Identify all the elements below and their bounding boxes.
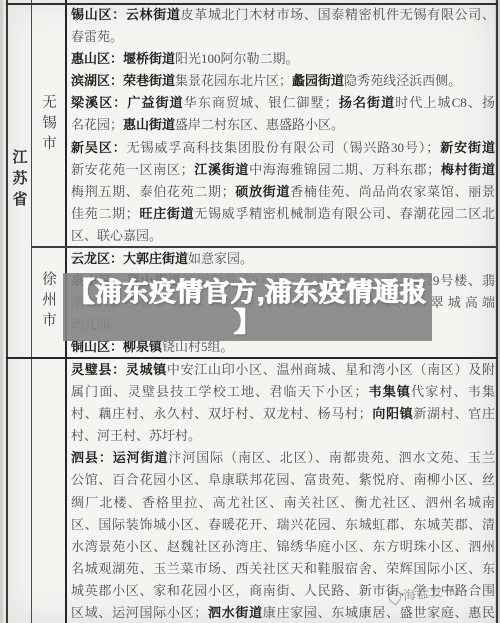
text-line: 区、国际装饰城小区、春暖花开、瑞兴花园、东城虹郡、东城芙郡、清 [71,514,495,536]
caption-overlay-band: 【浦东疫情官方,浦东疫情通报 】 [63,273,432,341]
table-border-right [496,0,498,623]
province-label: 江苏省 [9,149,30,212]
content-section-wuxi: 锡山区：云林街道皮革城北门木材市场、国泰精密机件无锡有限公司、春雷苑。惠山区：堰… [71,4,495,247]
text-line: 新安花苑一区南区；江溪街道中海海雅锦园二期、万科东郡；梅村街道 [71,159,495,181]
text-line: 佳苑二期；旺庄街道无锡威孚精密机械制造有限公司、春潮花园二区北 [71,203,495,225]
caption-overlay-line2: 】 [234,307,261,337]
text-line: 惠山区：堰桥街道阳光100阿尔勒二期。 [71,48,495,70]
text-line: 泗县：运河街道汴河国际（南区、北区）、南都贵苑、泗水文苑、玉兰 [71,447,495,469]
text-line: 锡山区：云林街道皮革城北门木材市场、国泰精密机件无锡有限公司、 [71,4,495,26]
text-line: 水湾景苑小区、赵魏社区孙湾庄、锦绣华庭小区、东方明珠小区、泗州 [71,536,495,558]
text-line: 灵璧县：灵城镇中安江山印小区、温州商城、星和湾小区（南区）及附 [71,359,495,381]
text-line: 公馆、百合花园小区、阜康联邦花园、富贵苑、紫悦府、南柳小区、丝 [71,469,495,491]
text-line: 名花园；惠山街道盛岸二村东区、惠盛路小区。 [71,114,495,136]
text-line: 滨湖区：荣巷街道集景花园东北片区；蠡园街道隐秀苑线泾浜西侧。 [71,70,495,92]
text-line: 云龙区：大郭庄街道如意家园。 [71,248,495,270]
watermark-logo-icon [386,587,404,605]
text-line: 属门面、灵璧县技工学校工地、君临天下小区；韦集镇代家村、韦集 [71,381,495,403]
text-line: 村、藕庄村、永久村、双圩村、双龙村、杨马村；向阳镇新湖村、官庄 [71,403,495,425]
text-line: 村、河王村、苏圩村。 [71,425,495,447]
text-line: 区、联心嘉园。 [71,225,495,247]
city-label-wuxi: 无锡市 [38,94,59,156]
province-cell: 江苏省 [7,3,31,357]
text-line: 绸厂北楼、香格里拉、高尤社区、南关社区、衡尤社区、泗州名城南 [71,492,495,514]
caption-overlay-line1: 【浦东疫情官方,浦东疫情通报 [68,277,427,307]
city-cell-xuzhou: 徐州市 [32,246,65,357]
city-cell-wuxi: 无锡市 [32,3,65,246]
text-line: 梅荆五期、泰伯花苑二期；硕放街道香楠佳苑、尚品尚农家菜馆、丽景 [71,181,495,203]
text-line: 新吴区：无锡威孚高科技集团股份有限公司（锡兴路30号）；新安街道 [71,137,495,159]
text-line: 名城观湖苑、玉兰菜市场、西关社区天和鞋服宿舍、荣辉国际小区、东 [71,558,495,580]
city-label-xuzhou: 徐州市 [38,271,59,333]
screenshot-stage: 江苏省 无锡市 徐州市 锡山区：云林街道皮革城北门木材市场、国泰精密机件无锡有限… [0,0,500,623]
text-line: 区域、运河国际小区；泗水街道康庄家园、东城康居、盛世家庭、惠民 [71,602,495,623]
text-line: 春雷苑。 [71,26,495,48]
text-line: 梁溪区：广益街道华东商贸城、银仁御墅；扬名街道时代上城C8、扬 [71,92,495,114]
